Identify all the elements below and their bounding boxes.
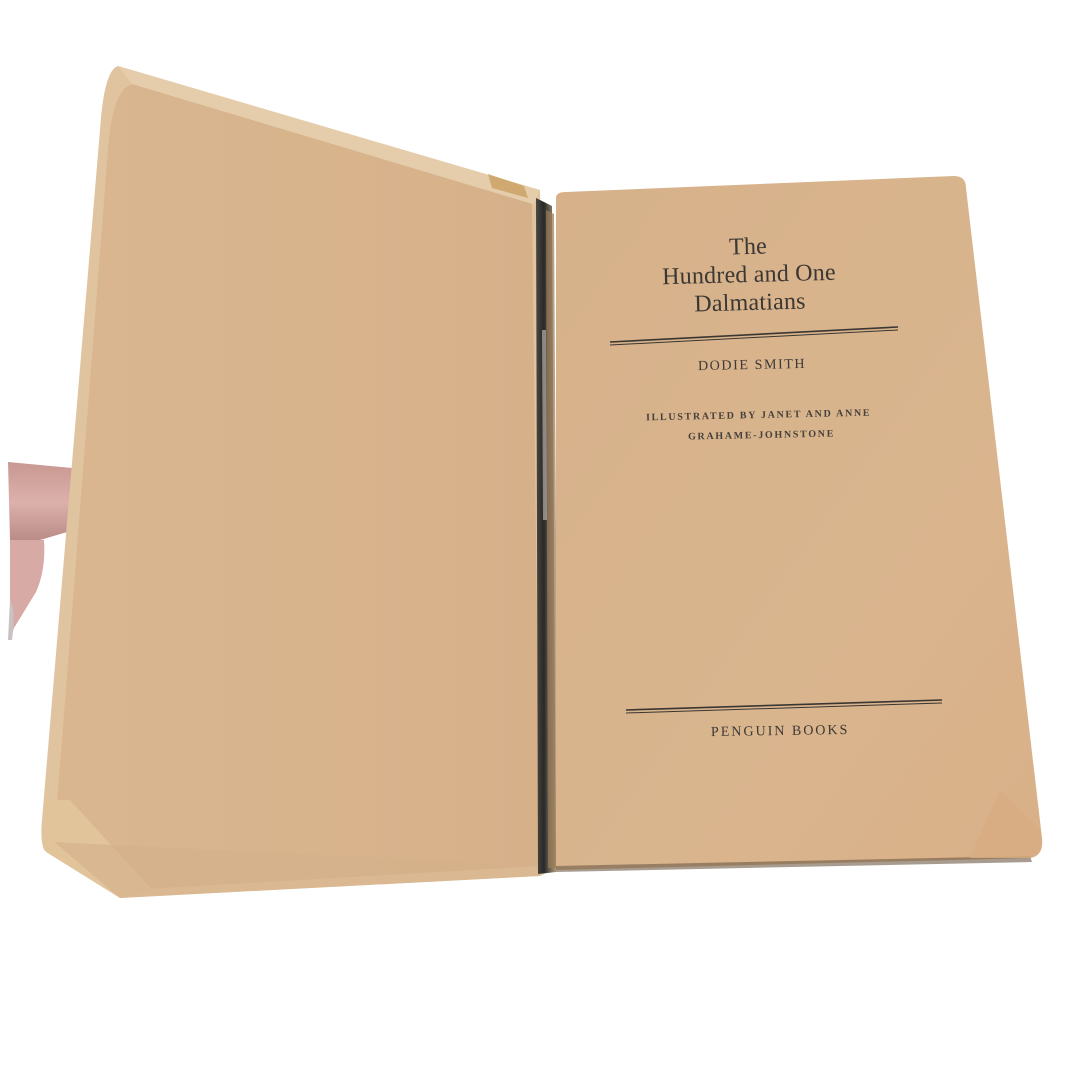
book-spine — [536, 198, 558, 874]
left-page — [41, 66, 548, 898]
right-page — [556, 176, 1042, 872]
book-illustration — [0, 0, 1080, 1080]
book-photo: The Hundred and One Dalmatians DODIE SMI… — [0, 0, 1080, 1080]
